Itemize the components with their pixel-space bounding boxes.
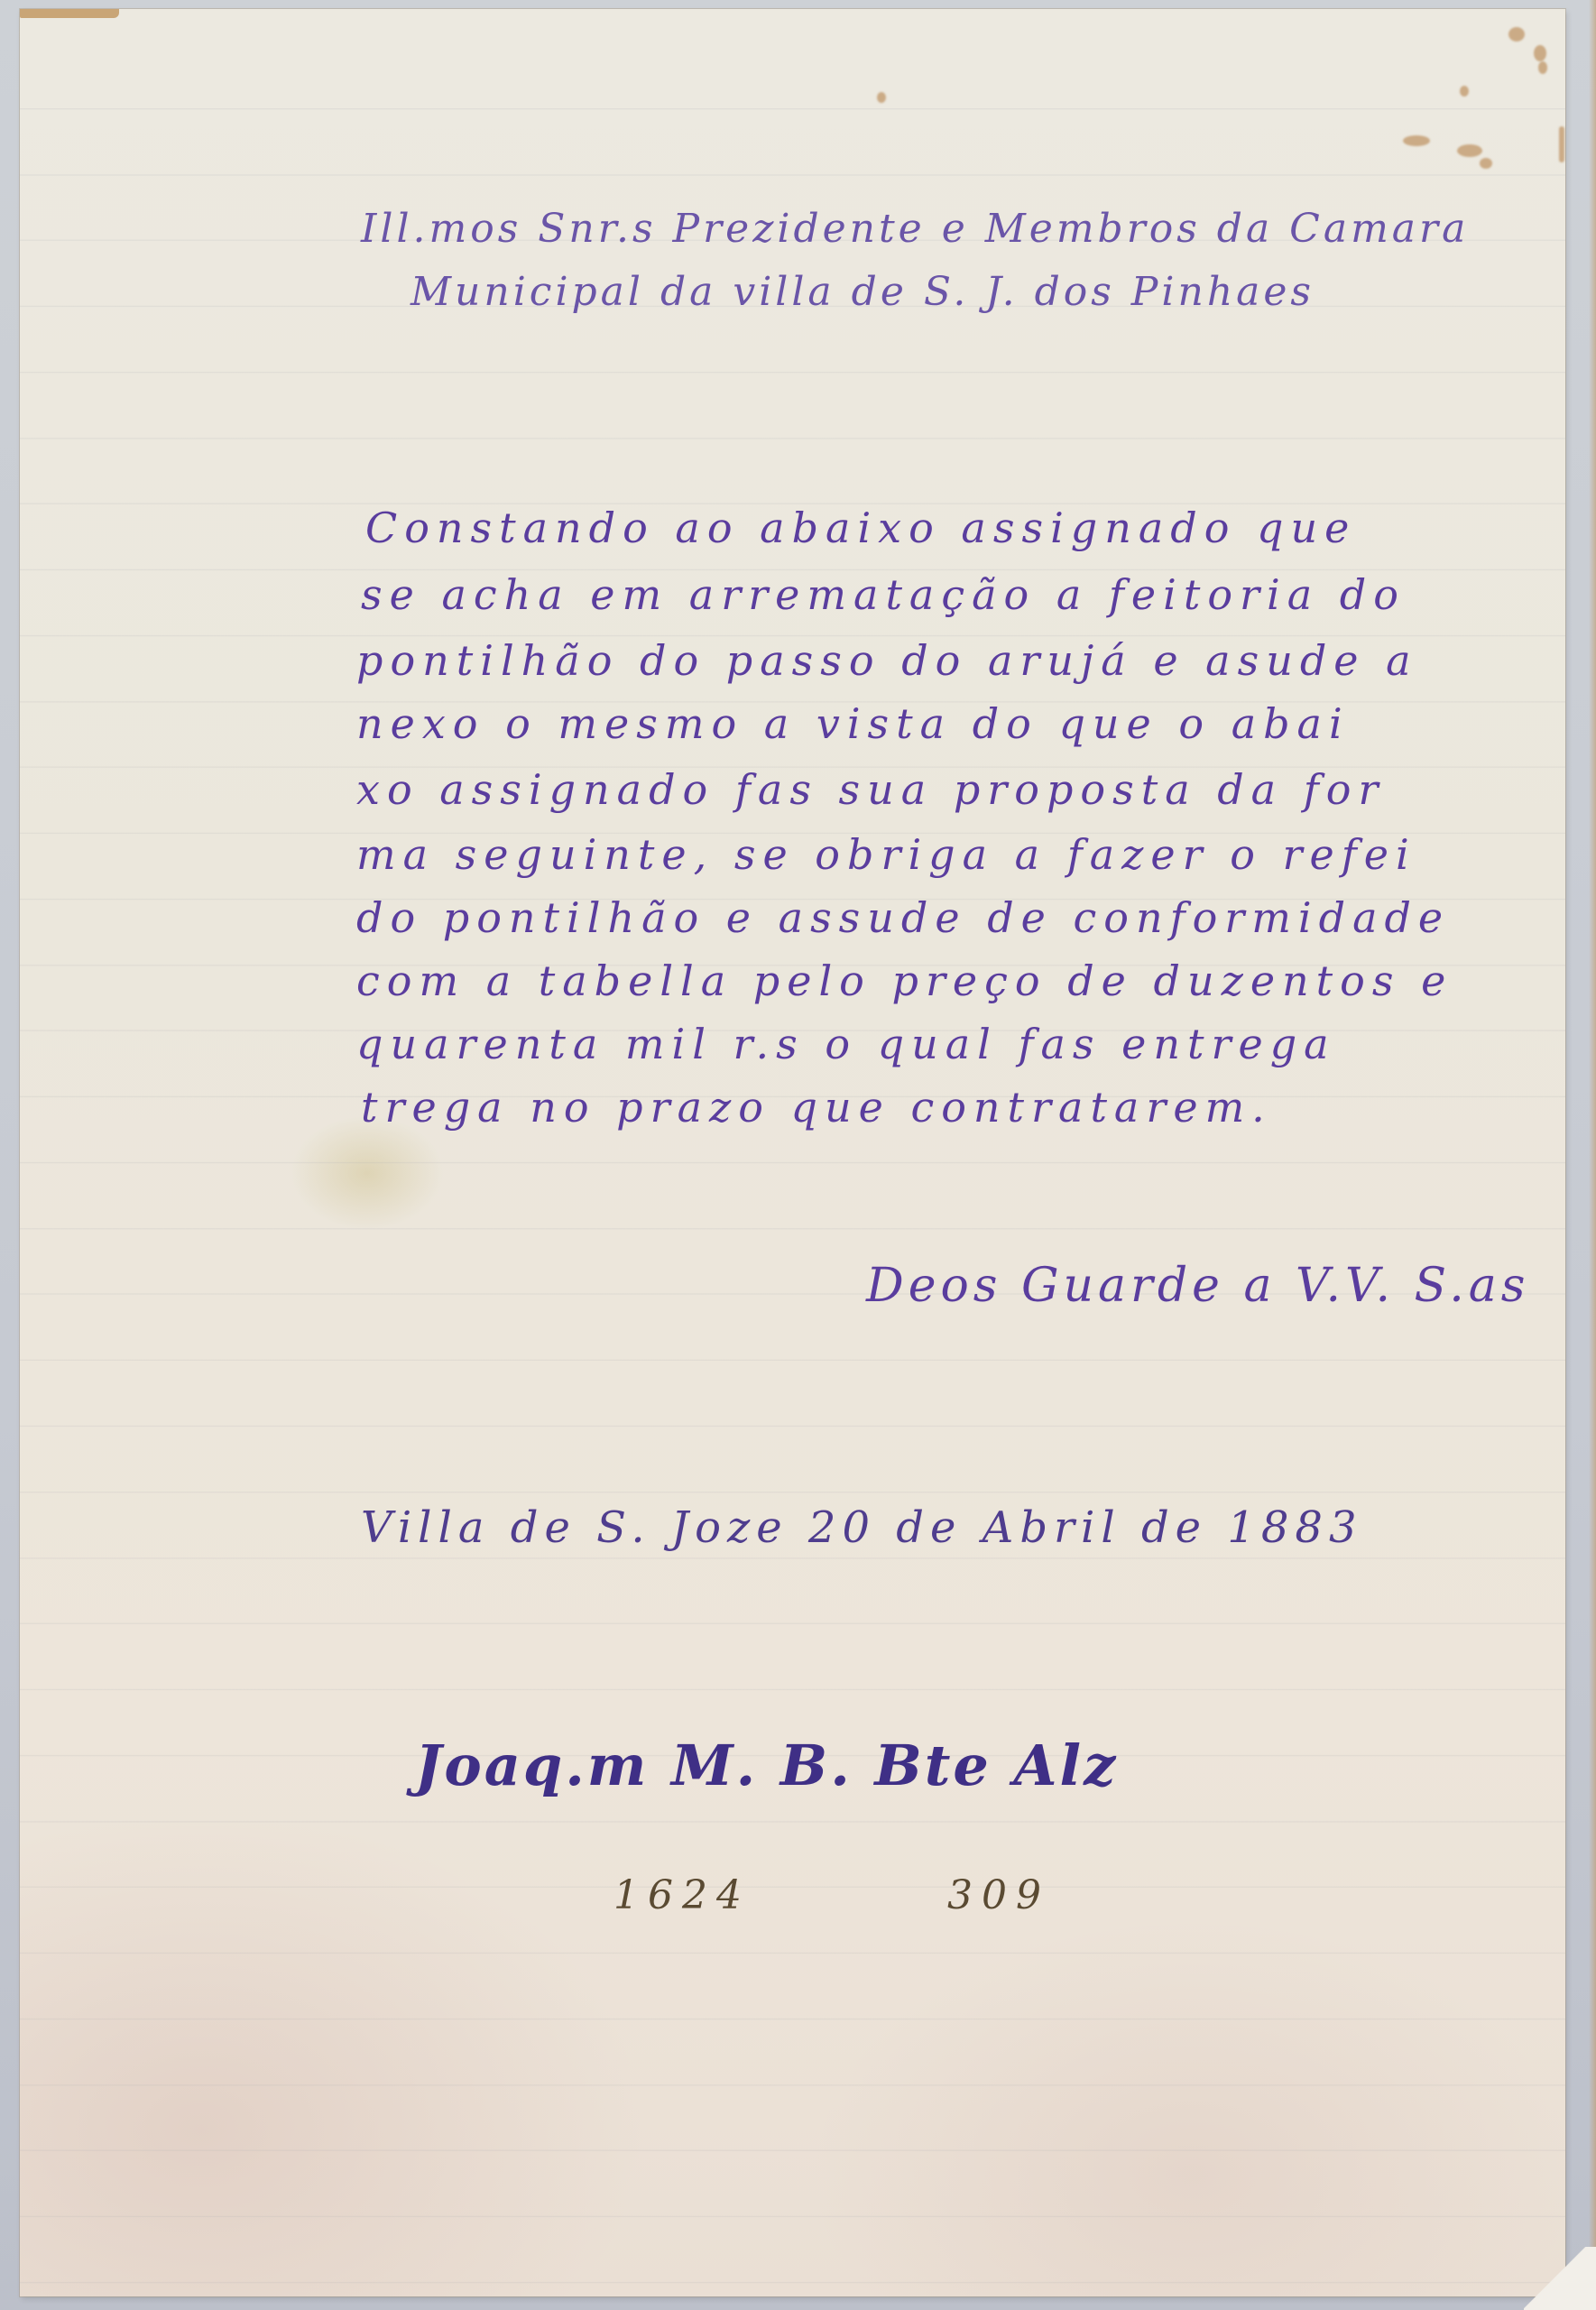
body-line-2: se acha em arrematação a feitoria do <box>361 570 1406 619</box>
body-line-3: pontilhão do passo do arujá e asude a <box>356 636 1418 685</box>
ruled-lines <box>20 9 1565 2296</box>
body-line-5: xo assignado fas sua proposta da for <box>356 765 1385 814</box>
paper-tear-top-left <box>20 9 119 18</box>
paper-edge-right <box>1589 0 1596 2310</box>
archive-number-right: 309 <box>947 1872 1050 1918</box>
age-spot <box>1457 144 1482 157</box>
body-line-9: quarenta mil r.s o qual fas entrega <box>356 1020 1336 1068</box>
paper-corner-fold <box>1524 2247 1596 2310</box>
age-spot <box>877 92 886 103</box>
age-spot <box>1534 45 1546 61</box>
age-spot <box>1480 158 1492 169</box>
body-line-1: Constando ao abaixo assignado que <box>365 504 1356 552</box>
closing-salutation: Deos Guarde a V.V. S.as <box>866 1259 1530 1313</box>
address-line-1: Ill.mos Snr.s Prezidente e Membros da Ca… <box>361 206 1469 252</box>
age-spot <box>1538 61 1547 74</box>
age-spot <box>1403 135 1430 146</box>
signature: Joaq.m M. B. Bte Alz <box>415 1732 1118 1798</box>
body-line-7: do pontilhão e assude de conformidade <box>356 893 1450 942</box>
body-line-10: trega no prazo que contratarem. <box>361 1083 1272 1132</box>
archive-number-left: 1624 <box>613 1872 751 1918</box>
address-line-2: Municipal da villa de S. J. dos Pinhaes <box>411 269 1315 315</box>
body-line-8: com a tabella pelo preço de duzentos e <box>356 956 1453 1005</box>
age-spot <box>1508 27 1525 42</box>
dateline: Villa de S. Joze 20 de Abril de 1883 <box>361 1502 1363 1553</box>
body-line-6: ma seguinte, se obriga a fazer o refei <box>356 830 1416 879</box>
letter-page <box>20 9 1565 2296</box>
age-spot <box>1559 126 1564 162</box>
body-line-4: nexo o mesmo a vista do que o abai <box>356 699 1350 748</box>
age-spot <box>1460 86 1469 97</box>
